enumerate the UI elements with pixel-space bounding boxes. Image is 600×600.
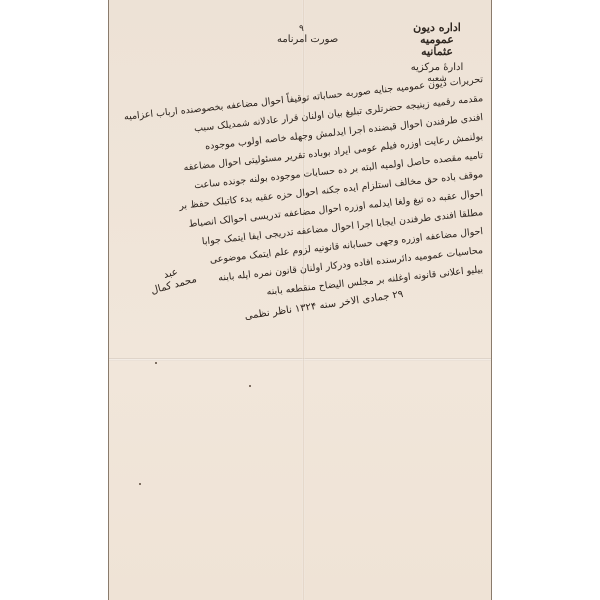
document-page: اداره دیون عمومیه عثمانیه ادارۀ مرکزیه ش… [108, 0, 492, 600]
document-heading: صورت امرنامه [277, 34, 338, 45]
paper-speck [249, 385, 251, 387]
handwritten-body: تحریرات دیون عمومیه جنایه صوربه حساباته … [121, 70, 483, 279]
page-number: ٩ [299, 24, 304, 34]
horizontal-fold [109, 358, 491, 361]
paper-speck [139, 483, 141, 485]
stamp-title: اداره دیون عمومیه عثمانیه [405, 22, 469, 58]
paper-speck [155, 362, 157, 364]
